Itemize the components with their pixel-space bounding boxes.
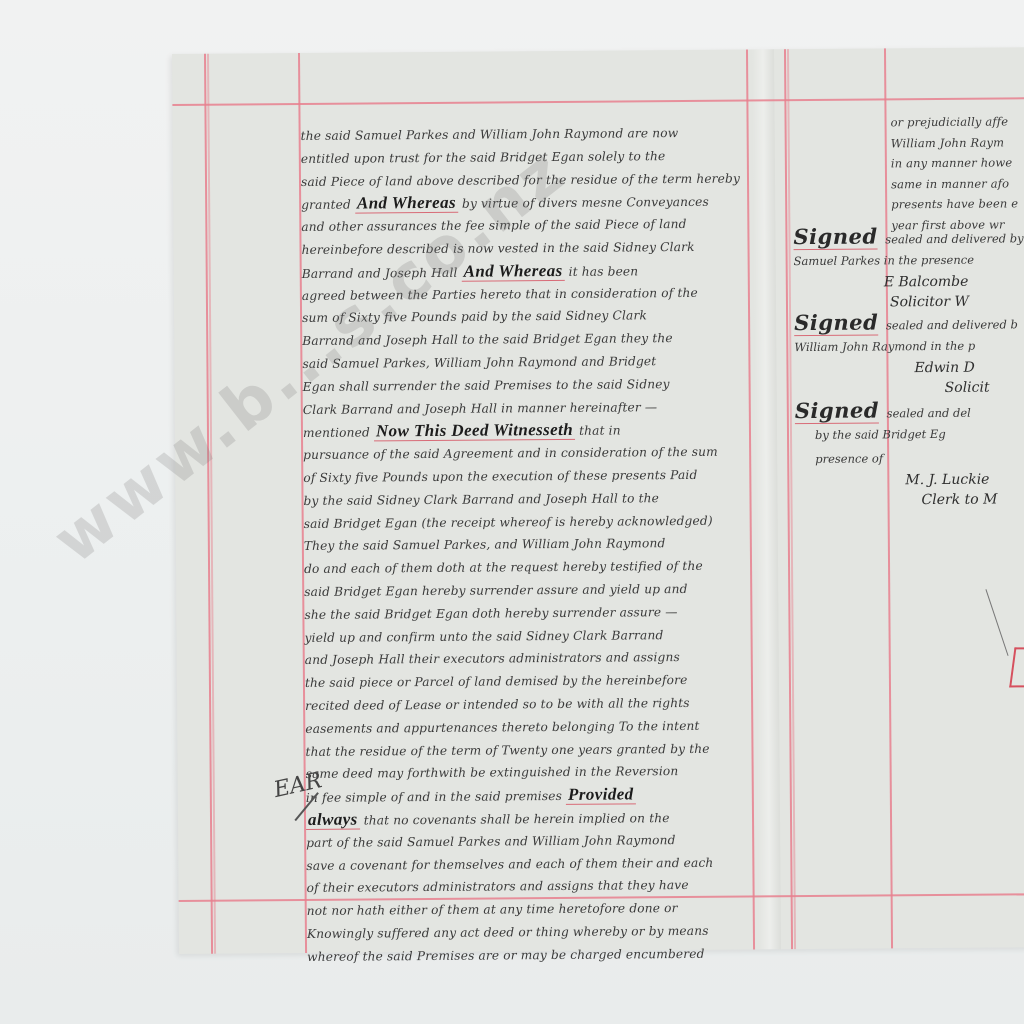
text-line: said Bridget Egan hereby surrender assur…	[304, 577, 754, 603]
engrossed-heading: Provided	[566, 784, 636, 805]
text-line: recited deed of Lease or intended so to …	[305, 691, 755, 717]
page-fold	[752, 49, 781, 949]
text-line: same in manner afo	[891, 172, 1024, 194]
engrossed-heading: And Whereas	[355, 193, 458, 214]
text-line: William John Raym	[891, 131, 1024, 153]
line-text: that no covenants shall be herein implie…	[360, 811, 670, 827]
line-text: by virtue of divers mesne Conveyances	[458, 195, 709, 211]
text-line: or prejudicially affe	[890, 111, 1024, 133]
text-line: easements and appurtenances thereto belo…	[305, 714, 755, 740]
deed-sheet: the said Samuel Parkes and William John …	[172, 47, 1024, 954]
signer-line: by the said Bridget Eg	[795, 421, 1024, 447]
deed-body-left: the said Samuel Parkes and William John …	[301, 121, 758, 968]
signature-block-parkes: Signed sealed and delivered by Samuel Pa…	[793, 223, 1024, 313]
text-line: said Bridget Egan (the receipt whereof i…	[304, 509, 754, 535]
line-text: it has been	[565, 264, 639, 279]
signer-line: Samuel Parkes in the presence	[794, 247, 1024, 273]
signed-text: sealed and delivered by	[885, 231, 1023, 246]
signed-heading: Signed	[795, 397, 879, 424]
signer-line: William John Raymond in the p	[794, 333, 1024, 359]
signer-line-2: presence of	[795, 445, 1024, 471]
left-outer-rule	[204, 54, 213, 954]
text-line: presents have been e	[891, 193, 1024, 215]
text-line: that the residue of the term of Twenty o…	[305, 737, 755, 763]
signed-text: sealed and del	[887, 406, 971, 421]
text-line: agreed between the Parties hereto that i…	[302, 281, 752, 307]
red-seal-stamp	[1009, 647, 1024, 687]
witness-signature: E Balcombe	[794, 271, 1024, 293]
seal-cord-line	[985, 589, 1008, 656]
signed-heading: Signed	[793, 223, 877, 250]
witness-title: Solicit	[795, 377, 1024, 399]
text-line: the said piece or Parcel of land demised…	[305, 669, 755, 695]
line-text: in fee simple of and in the said premise…	[306, 789, 566, 805]
text-line: save a covenant for themselves and each …	[306, 851, 756, 877]
signature-block-raymond: Signed sealed and delivered b William Jo…	[794, 309, 1024, 399]
line-text: granted	[301, 198, 355, 212]
signed-text: sealed and delivered b	[886, 317, 1018, 332]
engrossed-heading: Now This Deed Witnesseth	[374, 420, 575, 442]
right-margin-rule	[784, 49, 793, 949]
text-line: whereof the said Premises are or may be …	[307, 942, 757, 968]
engrossed-heading: And Whereas	[461, 261, 564, 282]
text-line: of Sixty five Pounds upon the execution …	[303, 463, 753, 489]
engrossed-heading: always	[306, 809, 360, 829]
text-line: in any manner howe	[891, 152, 1024, 174]
text-line: hereinbefore described is now vested in …	[301, 235, 751, 261]
witness-signature: M. J. Luckie	[795, 469, 1024, 491]
signature-block-egan: Signed sealed and del by the said Bridge…	[795, 397, 1024, 511]
witness-title: Clerk to M	[795, 489, 1024, 511]
text-line: Knowingly suffered any act deed or thing…	[307, 919, 757, 945]
line-text: that in	[575, 424, 621, 438]
deed-body-right: or prejudicially affe William John Raym …	[890, 111, 1024, 236]
line-text: mentioned	[303, 426, 374, 441]
line-text: Barrand and Joseph Hall	[302, 266, 462, 281]
witness-signature: Edwin D	[794, 357, 1024, 379]
signed-heading: Signed	[794, 309, 878, 336]
